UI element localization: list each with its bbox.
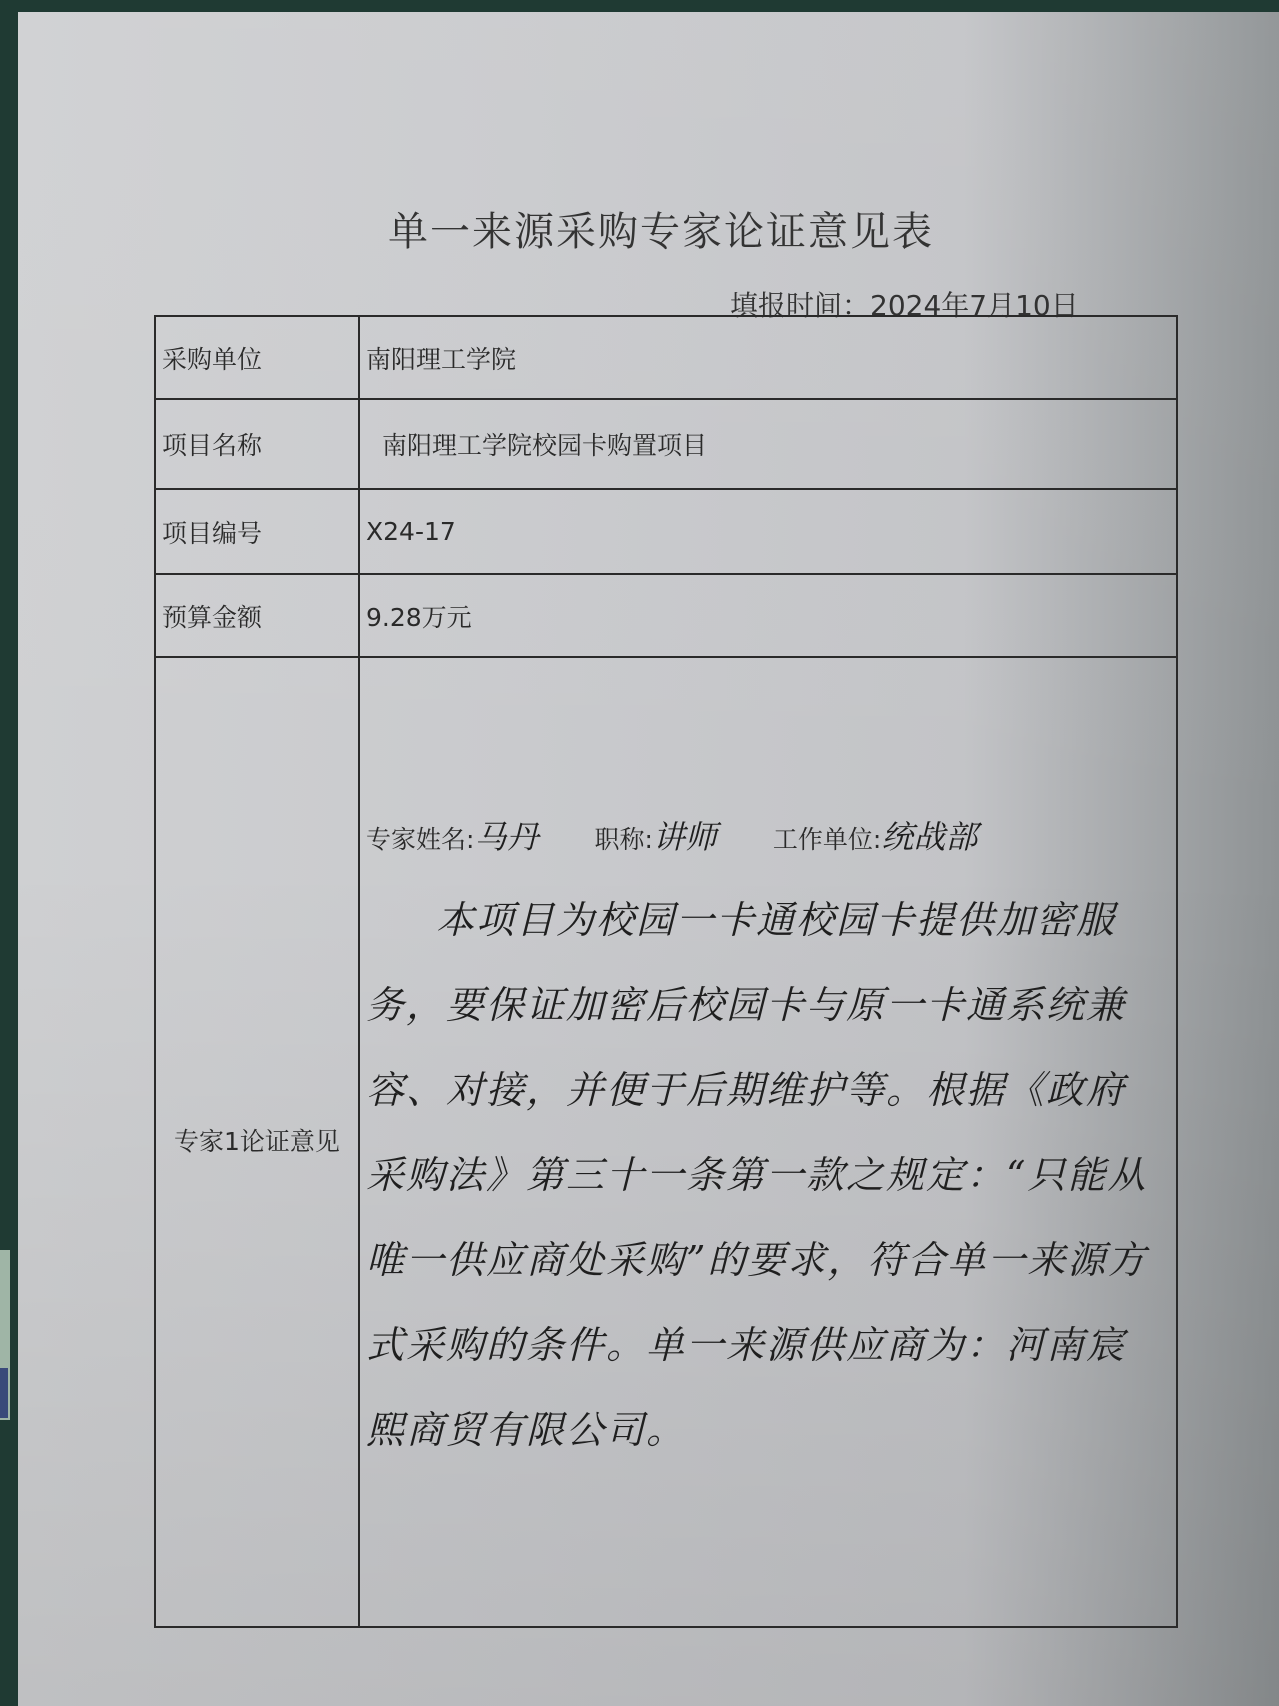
table-row: 采购单位 南阳理工学院 xyxy=(155,316,1177,399)
row-label-project-name: 项目名称 xyxy=(155,399,359,489)
row-value-budget: 9.28万元 xyxy=(359,574,1177,657)
expert-opinion-cell: 专家姓名: 马丹 职称: 讲师 工作单位: 统战部 本项目为校园一卡通校园卡提供… xyxy=(359,657,1177,1627)
expert-name-value: 马丹 xyxy=(474,812,538,858)
opinion-form-table: 采购单位 南阳理工学院 项目名称 南阳理工学院校园卡购置项目 项目编号 X24-… xyxy=(154,315,1178,1628)
table-row-expert-opinion: 专家1论证意见 专家姓名: 马丹 职称: 讲师 工作单位: 统战部 本项目为校园… xyxy=(155,657,1177,1627)
table-row: 项目编号 X24-17 xyxy=(155,489,1177,574)
document-title: 单一来源采购专家论证意见表 xyxy=(388,200,934,257)
expert-info-line: 专家姓名: 马丹 职称: 讲师 工作单位: 统战部 xyxy=(366,812,1170,858)
row-label-budget: 预算金额 xyxy=(155,574,359,657)
handwritten-opinion: 本项目为校园一卡通校园卡提供加密服务，要保证加密后校园卡与原一卡通系统兼容、对接… xyxy=(366,878,1170,1473)
table-row: 项目名称 南阳理工学院校园卡购置项目 xyxy=(155,399,1177,489)
expert-unit-label: 工作单位: xyxy=(773,820,881,856)
row-value-project-name: 南阳理工学院校园卡购置项目 xyxy=(359,399,1177,489)
expert-title-label: 职称: xyxy=(594,820,652,856)
table-row: 预算金额 9.28万元 xyxy=(155,574,1177,657)
row-value-purchaser: 南阳理工学院 xyxy=(359,316,1177,399)
expert-name-label: 专家姓名: xyxy=(366,820,474,856)
row-label-purchaser: 采购单位 xyxy=(155,316,359,399)
row-label-project-number: 项目编号 xyxy=(155,489,359,574)
row-value-project-number: X24-17 xyxy=(359,489,1177,574)
expert-title-value: 讲师 xyxy=(653,812,717,858)
expert-unit-value: 统战部 xyxy=(881,812,977,858)
background-object-blue xyxy=(0,1368,8,1418)
expert-opinion-label: 专家1论证意见 xyxy=(155,657,359,1627)
